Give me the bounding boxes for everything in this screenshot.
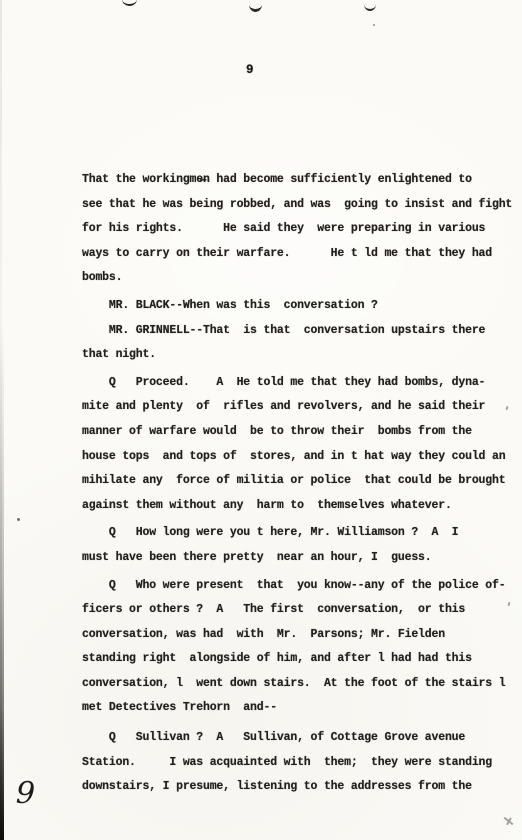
transcript-line: must have been there pretty near an hour… — [82, 546, 518, 571]
transcript-line: Q Who were present that you know--any of… — [82, 574, 518, 599]
transcript-line: conversation, was had with Mr. Parsons; … — [82, 623, 518, 648]
transcript-line: bombs. — [82, 266, 518, 291]
transcript-line: MR. BLACK--When was this conversation ? — [82, 294, 518, 319]
transcript-line: MR. GRINNELL--That is that conversation … — [82, 319, 518, 344]
ink-speck — [17, 518, 20, 521]
transcript-line: manner of warfare would be to throw thei… — [82, 420, 518, 445]
transcript-line: conversation, l went down stairs. At the… — [82, 672, 518, 697]
transcript-line: ways to carry on their warfare. He t ld … — [82, 242, 518, 267]
transcript-line: That the workingme̶n had become sufficie… — [82, 168, 518, 193]
transcript-line: for his rights. He said they were prepar… — [82, 217, 518, 242]
transcript-line: Q Sullivan ? A Sullivan, of Cottage Grov… — [82, 726, 518, 751]
transcript-line: ficers or others ? A The first conversat… — [82, 598, 518, 623]
transcript-line: house tops and tops of stores, and in t … — [82, 445, 518, 470]
transcript-line: that night. — [82, 343, 518, 368]
transcript-line: standing right alongside of him, and aft… — [82, 647, 518, 672]
transcript-body: That the workingme̶n had become sufficie… — [82, 168, 518, 800]
handwritten-page-number: 9 — [15, 776, 35, 812]
transcript-line: Q Proceed. A He told me that they had bo… — [82, 371, 518, 396]
transcript-line: Station. I was acquainted with them; the… — [82, 751, 518, 776]
transcript-line: mihilate any force of militia or police … — [82, 469, 518, 494]
transcript-line: downstairs, I presume, listening to the … — [82, 775, 518, 800]
transcript-line: Q How long were you t here, Mr. Williams… — [82, 521, 518, 546]
page-number: 9 — [246, 63, 254, 77]
transcript-line: mite and plenty of rifles and revolvers,… — [82, 395, 518, 420]
transcript-line: see that he was being robbed, and was go… — [82, 193, 518, 218]
transcript-line: against them without any harm to themsel… — [82, 494, 518, 519]
scan-edge-shadow — [0, 320, 4, 840]
ink-speck — [373, 24, 375, 26]
transcript-line: met Detectives Trehorn and-- — [82, 696, 518, 721]
